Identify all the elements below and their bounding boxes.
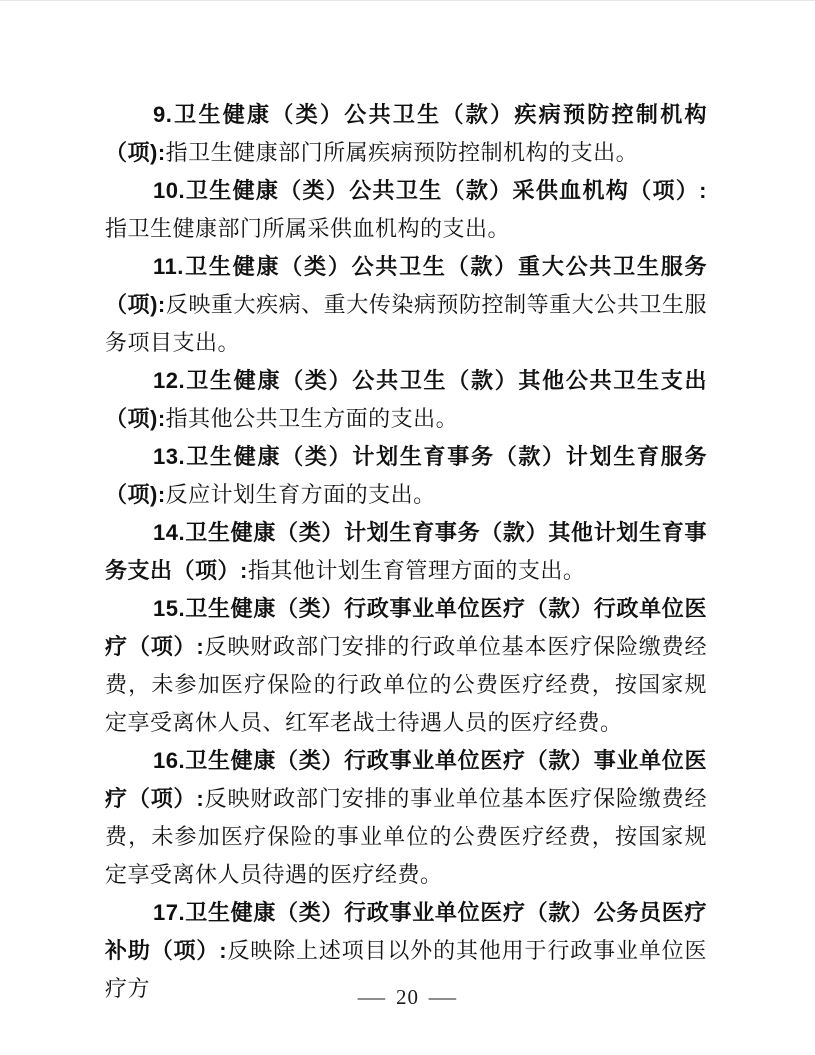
definition-paragraph-13: 13.卫生健康（类）计划生育事务（款）计划生育服务（项):反应计划生育方面的支出… (105, 438, 707, 514)
footer-dash-right: — (429, 985, 458, 1010)
definition-paragraph-11: 11.卫生健康（类）公共卫生（款）重大公共卫生服务（项):反映重大疾病、重大传染… (105, 248, 707, 362)
definition-body: 指其他公共卫生方面的支出。 (166, 406, 459, 431)
definition-paragraph-12: 12.卫生健康（类）公共卫生（款）其他公共卫生支出（项):指其他公共卫生方面的支… (105, 362, 707, 438)
definition-paragraph-16: 16.卫生健康（类）行政事业单位医疗（款）事业单位医疗（项）:反映财政部门安排的… (105, 742, 707, 894)
definition-paragraph-10: 10.卫生健康（类）公共卫生（款）采供血机构（项）:指卫生健康部门所属采供血机构… (105, 172, 707, 248)
document-body: 9.卫生健康（类）公共卫生（款）疾病预防控制机构（项):指卫生健康部门所属疾病预… (105, 96, 707, 1008)
definition-paragraph-15: 15.卫生健康（类）行政事业单位医疗（款）行政单位医疗（项）:反映财政部门安排的… (105, 590, 707, 742)
page-top-edge (0, 0, 815, 1)
definition-body: 反应计划生育方面的支出。 (166, 482, 436, 507)
definition-body: 指卫生健康部门所属采供血机构的支出。 (105, 216, 510, 241)
footer-dash-left: — (358, 985, 387, 1010)
definition-paragraph-9: 9.卫生健康（类）公共卫生（款）疾病预防控制机构（项):指卫生健康部门所属疾病预… (105, 96, 707, 172)
definition-lead: 10.卫生健康（类）公共卫生（款）采供血机构（项）: (153, 178, 707, 203)
page-number: 20 (396, 985, 419, 1009)
definition-paragraph-14: 14.卫生健康（类）计划生育事务（款）其他计划生育事务支出（项）:指其他计划生育… (105, 514, 707, 590)
definition-body: 指其他计划生育管理方面的支出。 (248, 558, 586, 583)
definition-body: 指卫生健康部门所属疾病预防控制机构的支出。 (166, 140, 639, 165)
definition-body: 反映重大疾病、重大传染病预防控制等重大公共卫生服务项目支出。 (105, 292, 707, 355)
page-footer: —20— (0, 985, 815, 1010)
